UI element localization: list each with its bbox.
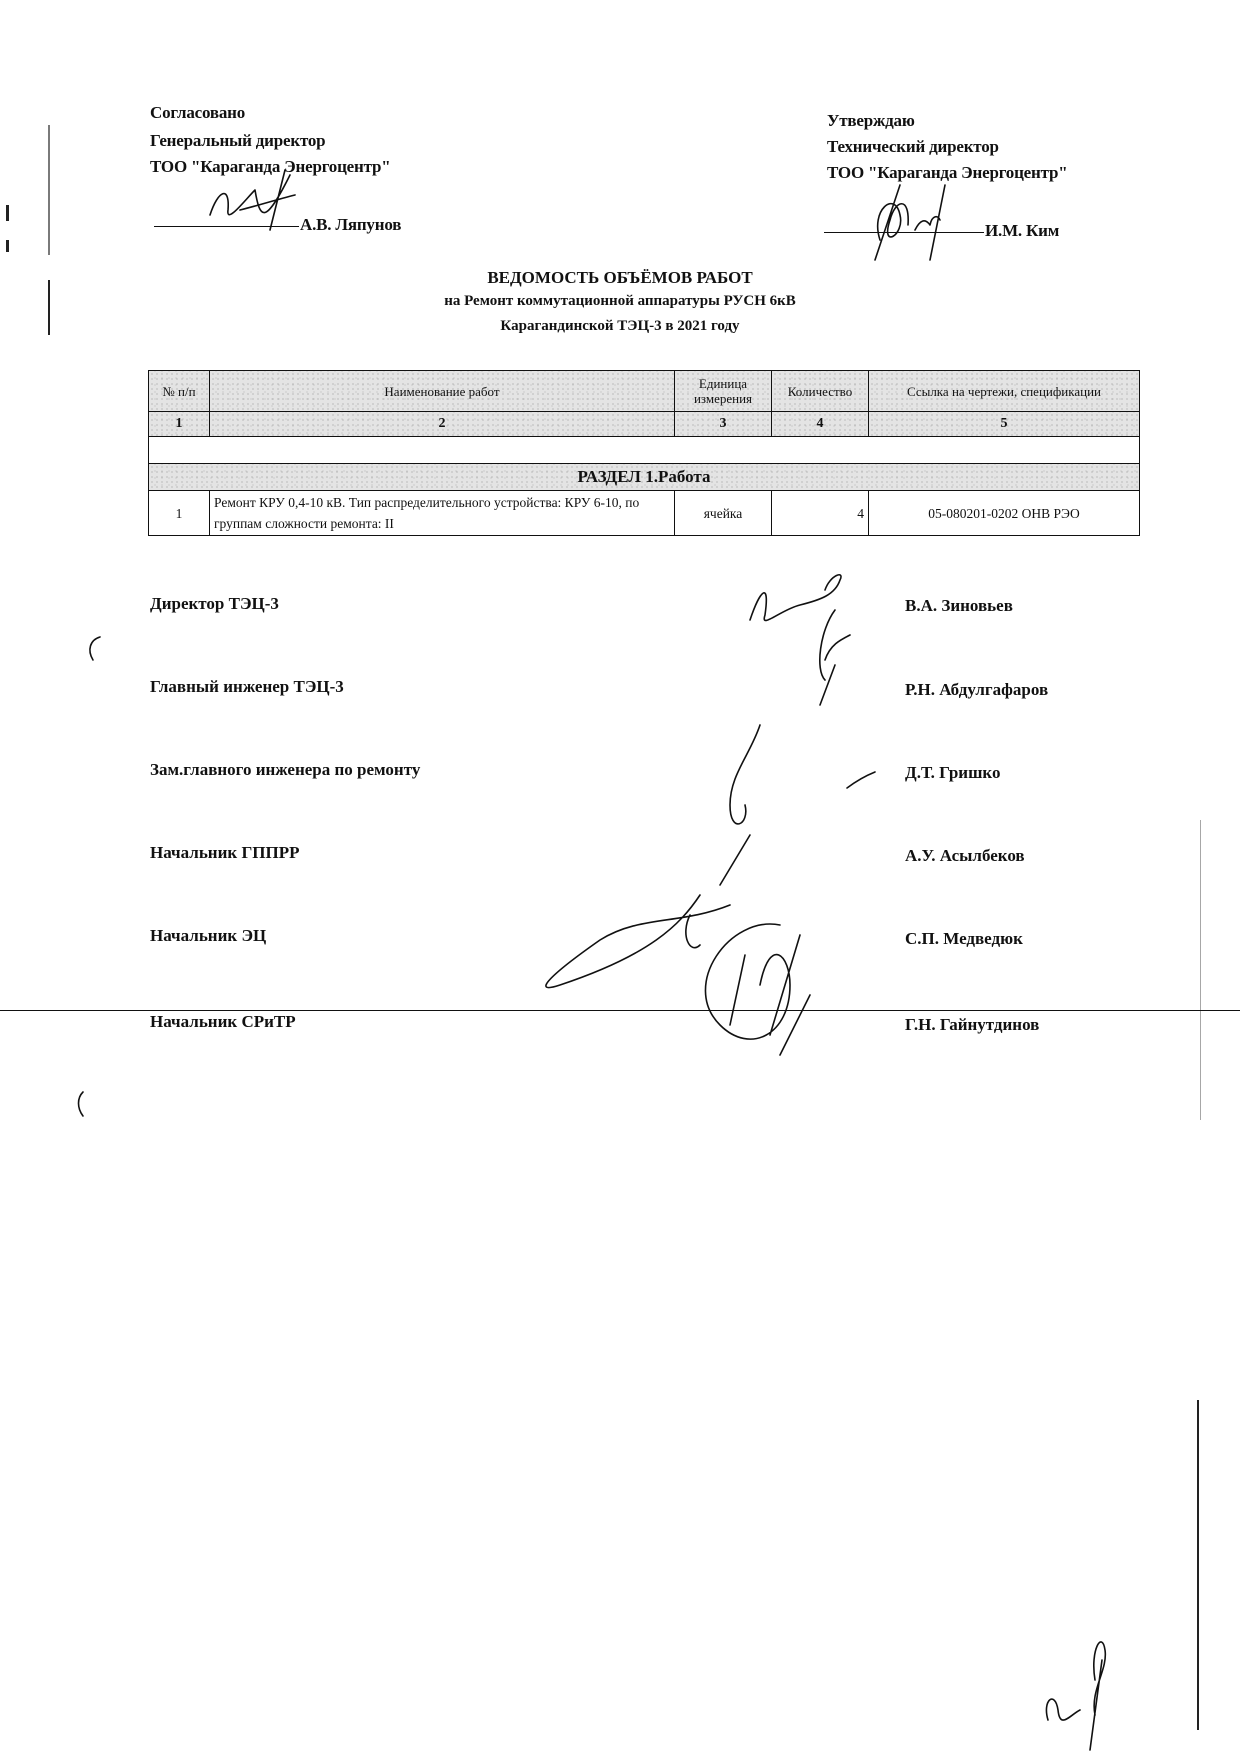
signature-name-head-sritr: Г.Н. Гайнутдинов bbox=[905, 1015, 1039, 1035]
signature-scrawl-icon bbox=[1040, 1620, 1120, 1750]
section-title: РАЗДЕЛ 1.Работа bbox=[149, 464, 1140, 491]
row-number: 1 bbox=[149, 491, 210, 536]
signature-role-head-gpprr: Начальник ГППРР bbox=[150, 843, 299, 863]
row-unit: ячейка bbox=[675, 491, 772, 536]
right-approval-signatory: И.М. Ким bbox=[985, 218, 1059, 244]
scan-margin-mark bbox=[1197, 1400, 1199, 1730]
signature-role-deputy-chief-engineer: Зам.главного инженера по ремонту bbox=[150, 760, 420, 780]
signature-scrawl-icon bbox=[530, 725, 830, 1055]
signature-name-head-gpprr: А.У. Асылбеков bbox=[905, 846, 1025, 866]
signature-name-plant-director: В.А. Зиновьев bbox=[905, 596, 1013, 616]
scan-artifact-icon bbox=[75, 1090, 90, 1120]
signature-role-chief-engineer: Главный инженер ТЭЦ-3 bbox=[150, 677, 344, 697]
scan-artifact-icon bbox=[85, 635, 105, 665]
column-index: 4 bbox=[772, 412, 869, 437]
signature-scrawl-icon bbox=[740, 570, 890, 710]
header-number: № п/п bbox=[149, 371, 210, 412]
table-index-row: 1 2 3 4 5 bbox=[149, 412, 1140, 437]
left-approval-position: Генеральный директор bbox=[150, 128, 325, 154]
header-unit: Единица измерения bbox=[675, 371, 772, 412]
document-title: ВЕДОМОСТЬ ОБЪЁМОВ РАБОТ bbox=[0, 268, 1240, 288]
scan-margin-mark bbox=[48, 125, 50, 255]
right-approval-position: Технический директор bbox=[827, 134, 999, 160]
signature-role-head-ec: Начальник ЭЦ bbox=[150, 926, 266, 946]
signature-role-plant-director: Директор ТЭЦ-3 bbox=[150, 594, 279, 614]
signature-name-head-ec: С.П. Медведюк bbox=[905, 929, 1023, 949]
header-quantity: Количество bbox=[772, 371, 869, 412]
table-header-row: № п/п Наименование работ Единица измерен… bbox=[149, 371, 1140, 412]
column-index: 2 bbox=[210, 412, 675, 437]
header-reference: Ссылка на чертежи, спецификации bbox=[869, 371, 1140, 412]
signature-name-deputy-chief-engineer: Д.Т. Гришко bbox=[905, 763, 1001, 783]
table-row: 1 Ремонт КРУ 0,4-10 кВ. Тип распределите… bbox=[149, 491, 1140, 536]
column-index: 5 bbox=[869, 412, 1140, 437]
header-work-name: Наименование работ bbox=[210, 371, 675, 412]
row-reference: 05-080201-0202 ОНВ РЭО bbox=[869, 491, 1140, 536]
table-section-row: РАЗДЕЛ 1.Работа bbox=[149, 464, 1140, 491]
column-index: 1 bbox=[149, 412, 210, 437]
document-subtitle-plant-year: Карагандинской ТЭЦ-3 в 2021 году bbox=[0, 318, 1240, 335]
row-quantity: 4 bbox=[772, 491, 869, 536]
row-work-name: Ремонт КРУ 0,4-10 кВ. Тип распределитель… bbox=[210, 491, 675, 536]
document-subtitle: на Ремонт коммутационной аппаратуры РУСН… bbox=[0, 293, 1240, 310]
signature-name-chief-engineer: Р.Н. Абдулгафаров bbox=[905, 680, 1048, 700]
left-approval-signatory: А.В. Ляпунов bbox=[300, 212, 401, 238]
signature-role-head-sritr: Начальник СРиТР bbox=[150, 1012, 296, 1032]
signature-scrawl-icon bbox=[860, 180, 960, 265]
left-approval-heading: Согласовано bbox=[150, 100, 245, 126]
signature-scrawl-icon bbox=[845, 770, 885, 790]
signature-scrawl-icon bbox=[200, 170, 310, 240]
table-spacer-row bbox=[149, 437, 1140, 464]
right-approval-heading: Утверждаю bbox=[827, 108, 915, 134]
scan-margin-mark bbox=[6, 205, 9, 221]
scan-margin-mark bbox=[1200, 820, 1201, 1120]
scan-margin-mark bbox=[6, 240, 9, 252]
works-volume-table: № п/п Наименование работ Единица измерен… bbox=[148, 370, 1140, 536]
column-index: 3 bbox=[675, 412, 772, 437]
